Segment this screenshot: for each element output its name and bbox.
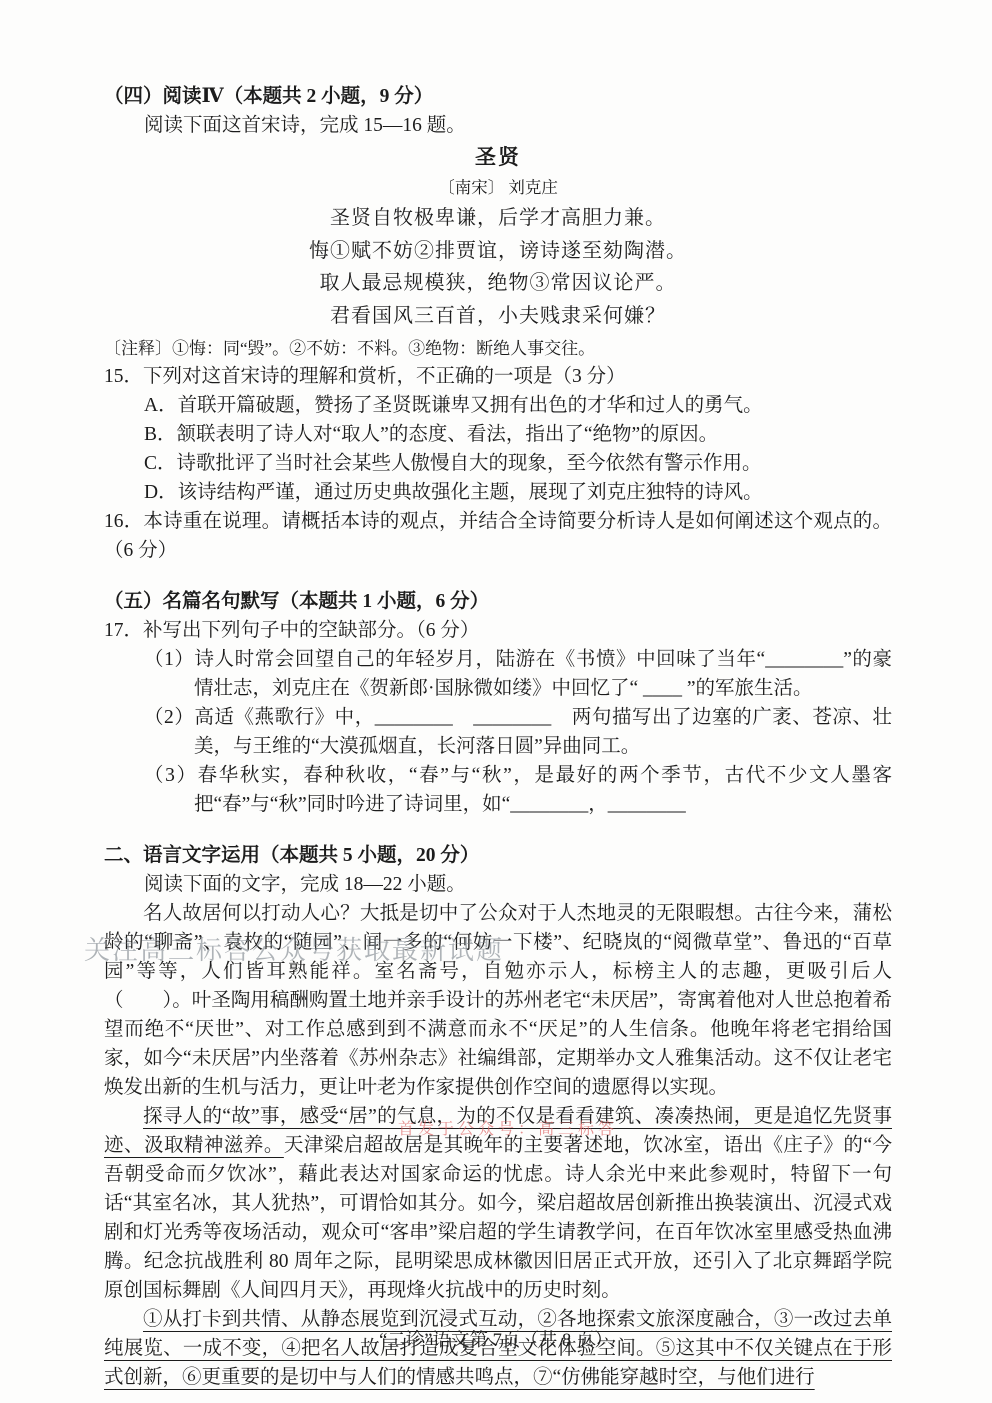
poem-author: 〔南宋〕 刘克庄 (104, 174, 892, 202)
section-4-intro: 阅读下面这首宋诗，完成 15—16 题。 (144, 111, 892, 140)
question-17-item-1: （1）诗人时常会回望自己的年轻岁月，陆游在《书愤》中回味了当年“________… (144, 645, 892, 703)
poem-line: 悔①赋不妨②排贾谊，谤诗遂至劾陶潜。 (104, 235, 892, 268)
spacer (104, 565, 892, 587)
option-b: B．颔联表明了诗人对“取人”的态度、看法，指出了“绝物”的原因。 (144, 420, 892, 449)
poem-body: 圣贤自牧极卑谦，后学才高胆力兼。 悔①赋不妨②排贾谊，谤诗遂至劾陶潜。 取人最忌… (104, 202, 892, 332)
option-a: A．首联开篇破题，赞扬了圣贤既谦卑又拥有出色的才华和过人的勇气。 (144, 391, 892, 420)
question-15-stem: 15．下列对这首宋诗的理解和赏析，不正确的一项是（3 分） (104, 362, 892, 391)
question-17-item-3: （3）春华秋实，春种秋收，“春”与“秋”，是最好的两个季节，古代不少文人墨客把“… (144, 761, 892, 819)
question-17-item-2: （2）高适《燕歌行》中，________ ________ 两句描写出了边塞的广… (144, 703, 892, 761)
page-content: （四）阅读Ⅳ（本题共 2 小题，9 分） 阅读下面这首宋诗，完成 15—16 题… (104, 82, 892, 1392)
poem-title: 圣贤 (104, 143, 892, 172)
section-2-heading: 二、语言文字运用（本题共 5 小题，20 分） (104, 841, 892, 870)
gray-watermark: 关注高三标答公众号获取最新试题 (84, 930, 504, 967)
paragraph-2-rest: 天津梁启超故居是其晚年的主要著述地，饮冰室，语出《庄子》的“今吾朝受命而夕饮冰”… (104, 1135, 892, 1301)
exam-paper-page: （四）阅读Ⅳ（本题共 2 小题，9 分） 阅读下面这首宋诗，完成 15—16 题… (0, 0, 992, 1403)
option-c: C．诗歌批评了当时社会某些人傲慢自大的现象，至今依然有警示作用。 (144, 449, 892, 478)
section-5-heading: （五）名篇名句默写（本题共 1 小题，6 分） (104, 587, 892, 616)
question-16: 16．本诗重在说理。请概括本诗的观点，并结合全诗简要分析诗人是如何阐述这个观点的… (104, 507, 892, 565)
section-4-heading: （四）阅读Ⅳ（本题共 2 小题，9 分） (104, 82, 892, 111)
poem-line: 君看国风三百首，小夫贱隶采何嫌？ (104, 300, 892, 333)
section-2-intro: 阅读下面的文字，完成 18—22 小题。 (144, 870, 892, 899)
question-15-options: A．首联开篇破题，赞扬了圣贤既谦卑又拥有出色的才华和过人的勇气。 B．颔联表明了… (144, 391, 892, 507)
red-watermark: 首发于公众号：高三标答 (398, 1116, 618, 1139)
poem-line: 圣贤自牧极卑谦，后学才高胆力兼。 (104, 202, 892, 235)
question-17-stem: 17．补写出下列句子中的空缺部分。（6 分） (104, 616, 892, 645)
poem-note: 〔注释〕①悔：同“毁”。②不妨：不料。③绝物：断绝人事交往。 (104, 336, 892, 362)
page-footer: “二诊”语文第 7页（共 8 页） (0, 1326, 992, 1352)
spacer (104, 819, 892, 841)
option-d: D．该诗结构严谨，通过历史典故强化主题，展现了刘克庄独特的诗风。 (144, 478, 892, 507)
poem-line: 取人最忌规模狭，绝物③常因议论严。 (104, 267, 892, 300)
